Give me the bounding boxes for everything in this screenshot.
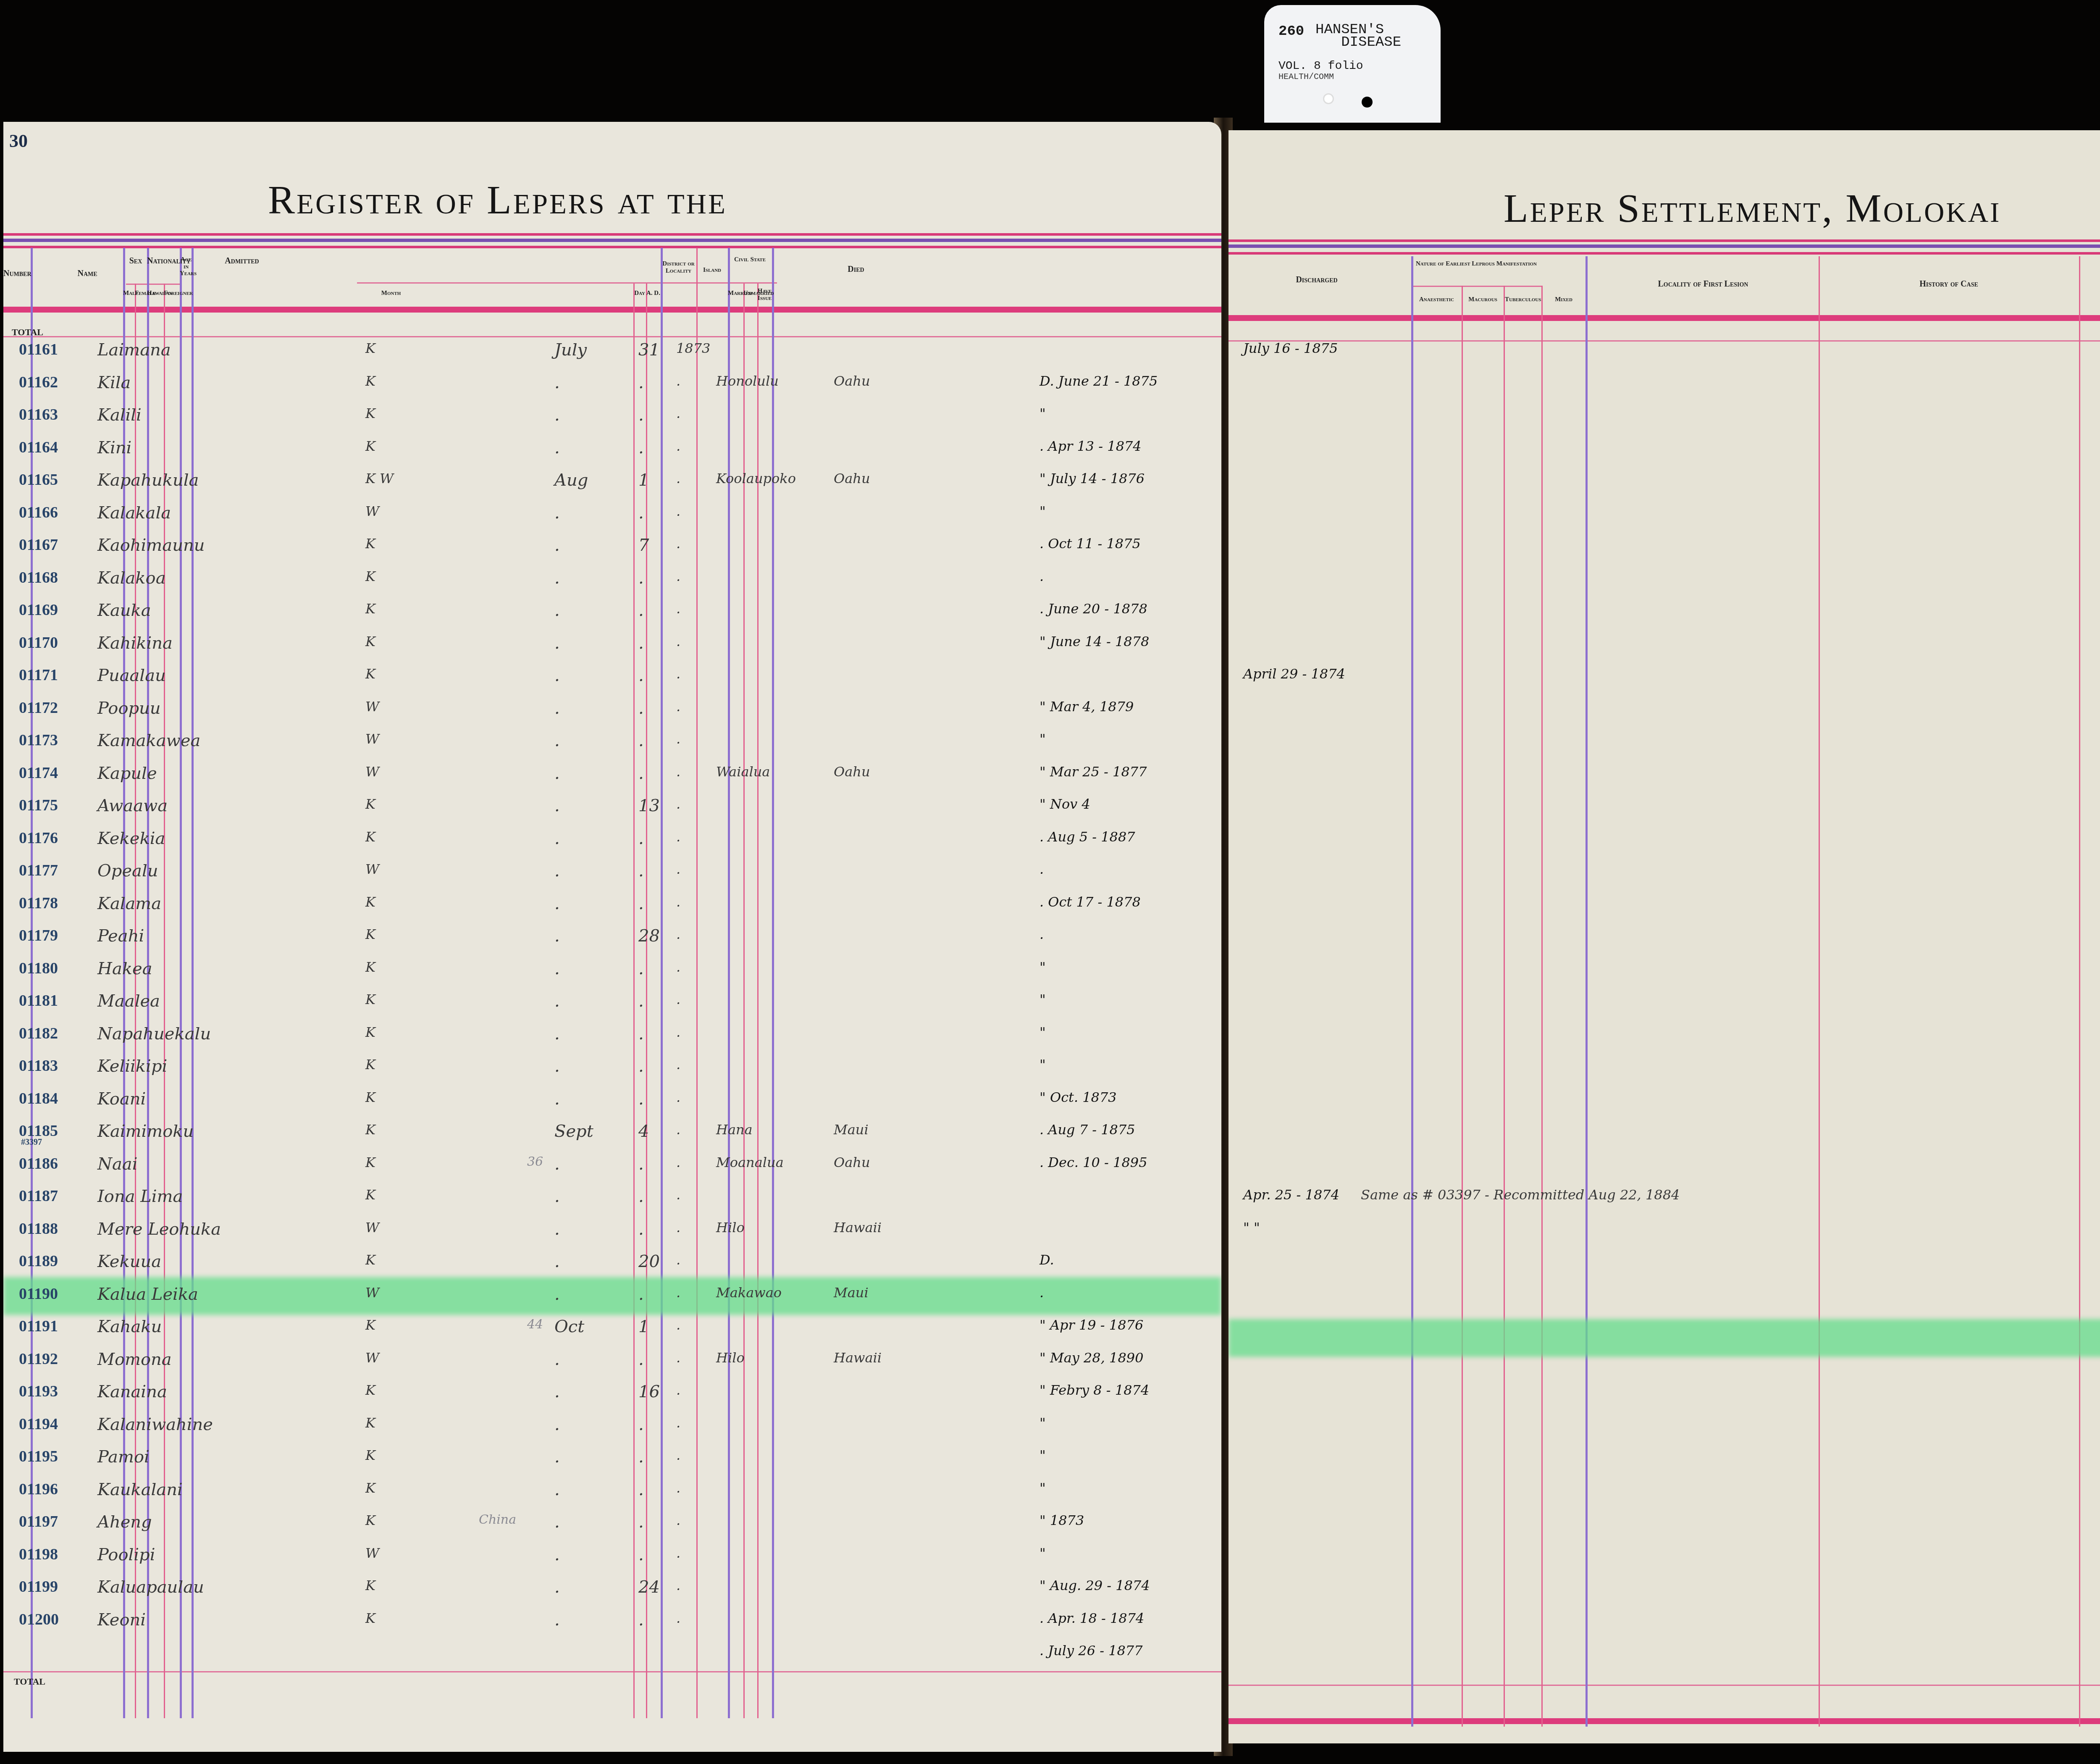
- row-day: 1: [638, 1317, 649, 1336]
- tab-title: HANSEN'S DISEASE: [1315, 24, 1401, 49]
- left-page: 30 Register of Lepers at the Number Name…: [3, 122, 1221, 1752]
- row-year: .: [676, 405, 680, 421]
- row-number: 01164: [19, 438, 58, 457]
- row-name: Koani: [97, 1089, 146, 1109]
- row-month: Aug: [554, 471, 588, 490]
- row-sex: K: [365, 926, 375, 942]
- header-rule: [3, 233, 1221, 236]
- header-unmarried: Unmarried: [743, 290, 757, 297]
- row-number: 01180: [19, 959, 58, 978]
- row-number: 01171: [19, 666, 58, 684]
- row-sex: W: [365, 503, 379, 519]
- row-name: Hakea: [97, 959, 152, 978]
- row-sex: K: [365, 1382, 375, 1398]
- row-day: .: [638, 666, 644, 685]
- row-discharged: Apr. 25 - 1874: [1243, 1187, 1339, 1203]
- row-died: .: [1039, 861, 1044, 877]
- row-year: .: [676, 1545, 680, 1561]
- header-hawaiian: Hawaiian: [147, 290, 164, 297]
- row-month: Sept: [554, 1122, 593, 1141]
- header-ad: A. D.: [646, 290, 661, 297]
- header-discharged: Discharged: [1254, 275, 1380, 284]
- header-locality-first-lesion: Locality of First Lesion: [1590, 279, 1816, 289]
- header-age: Age in Years: [180, 256, 192, 277]
- row-number: 01184: [19, 1089, 58, 1108]
- row-name: Puaalau: [97, 666, 166, 685]
- row-year: .: [676, 764, 680, 780]
- row-day: .: [638, 634, 644, 653]
- row-number: 01163: [19, 405, 58, 424]
- row-number: 01191: [19, 1317, 58, 1335]
- header-male: Male: [123, 290, 136, 297]
- row-year: .: [676, 796, 680, 812]
- row-day: .: [638, 438, 644, 457]
- row-died: . Oct 11 - 1875: [1039, 536, 1141, 552]
- row-sex: K: [365, 1187, 375, 1203]
- row-name: Kini: [97, 438, 131, 457]
- col-line: [772, 248, 774, 1718]
- row-year: .: [676, 536, 680, 552]
- col-line: [743, 284, 745, 1718]
- row-name: Momona: [97, 1350, 172, 1369]
- row-year: .: [676, 634, 680, 649]
- row-month: .: [554, 829, 560, 848]
- bottom-rule: [1228, 1718, 2100, 1724]
- row-month: .: [554, 1089, 560, 1109]
- row-name: Pamoi: [97, 1447, 150, 1467]
- row-day: 16: [638, 1382, 660, 1401]
- row-discharged: July 16 - 1875: [1243, 340, 1338, 356]
- row-year: .: [676, 1057, 680, 1073]
- row-island: Oahu: [834, 1154, 870, 1170]
- row-sex: K: [365, 340, 375, 356]
- row-year: .: [676, 1252, 680, 1268]
- header-number: Number: [3, 269, 31, 278]
- row-sex: K: [365, 1480, 375, 1496]
- header-rule: [1228, 252, 2100, 255]
- header-nature: Nature of Earliest Leprous Manifestation: [1413, 260, 1539, 268]
- row-sex: K: [365, 373, 375, 389]
- header-rule: [3, 246, 1221, 248]
- row-island: Oahu: [834, 764, 870, 780]
- row-day: .: [638, 1024, 644, 1044]
- row-day: .: [638, 1057, 644, 1076]
- row-month: .: [554, 1512, 560, 1532]
- row-number: 01198: [19, 1545, 58, 1564]
- row-day: .: [638, 699, 644, 718]
- row-year: .: [676, 1187, 680, 1203]
- row-died: " Mar 25 - 1877: [1039, 764, 1147, 780]
- row-day: .: [638, 601, 644, 620]
- row-number: 01188: [19, 1220, 58, 1238]
- row-day: .: [638, 1545, 644, 1564]
- row-sex: K: [365, 634, 375, 649]
- row-day: .: [638, 1610, 644, 1630]
- col-line: [1411, 256, 1413, 1727]
- header-bottom-rule: [3, 307, 1221, 313]
- row-day: 28: [638, 926, 660, 946]
- row-year: .: [676, 1610, 680, 1626]
- row-year: .: [676, 666, 680, 682]
- row-name: Kauka: [97, 601, 151, 620]
- header-female: Female: [135, 290, 147, 297]
- row-month: July: [554, 340, 587, 360]
- row-year: .: [676, 1024, 680, 1040]
- row-note: #3397: [21, 1138, 42, 1147]
- row-discharged: April 29 - 1874: [1243, 666, 1345, 682]
- row-number: 01175: [19, 796, 58, 815]
- header-married: Married: [728, 290, 743, 297]
- row-day: .: [638, 829, 644, 848]
- total-label-top: TOTAL: [12, 327, 43, 338]
- row-year: .: [676, 959, 680, 975]
- header-district: District or Locality: [661, 260, 696, 274]
- row-day: 24: [638, 1577, 660, 1597]
- row-name: Kaluapaulau: [97, 1577, 204, 1597]
- row-number: 01186: [19, 1154, 58, 1173]
- row-sex: K: [365, 666, 375, 682]
- row-age: 44: [527, 1317, 543, 1332]
- row-died: . Aug 7 - 1875: [1039, 1122, 1135, 1138]
- header-leprous-relations: Leprous Relations: [2081, 281, 2100, 291]
- row-sex: K: [365, 1024, 375, 1040]
- row-died: ": [1039, 503, 1046, 519]
- row-died: " Nov 4: [1039, 796, 1090, 812]
- row-year: .: [676, 1447, 680, 1463]
- row-year: .: [676, 1154, 680, 1170]
- row-died: . Oct 17 - 1878: [1039, 894, 1141, 910]
- row-number: 01187: [19, 1187, 58, 1205]
- row-name: Kahaku: [97, 1317, 162, 1336]
- row-day: .: [638, 1512, 644, 1532]
- row-name: Kila: [97, 373, 131, 392]
- row-name: Poopuu: [97, 699, 161, 718]
- row-name: Maalea: [97, 991, 160, 1011]
- tab-hole-icon: [1323, 93, 1334, 104]
- row-name: Kapahukula: [97, 471, 199, 490]
- row-number: 01189: [19, 1252, 58, 1270]
- header-macurous: Macurous: [1463, 296, 1503, 303]
- bottom-total-rule: [3, 1671, 1221, 1672]
- row-year: .: [676, 829, 680, 845]
- admitted-subrule: [357, 282, 777, 284]
- row-month: .: [554, 1057, 560, 1076]
- row-year: .: [676, 601, 680, 617]
- row-day: .: [638, 1089, 644, 1109]
- row-sex: W: [365, 1285, 379, 1301]
- row-day: 13: [638, 796, 660, 815]
- row-day: .: [638, 894, 644, 913]
- row-month: .: [554, 764, 560, 783]
- row-year: 1873: [676, 340, 710, 356]
- row-number: 01162: [19, 373, 58, 392]
- row-month: .: [554, 1382, 560, 1401]
- row-month: .: [554, 699, 560, 718]
- row-month: .: [554, 568, 560, 588]
- row-number: 01179: [19, 926, 58, 945]
- row-name: Kalua Leika: [97, 1285, 198, 1304]
- row-sex: K: [365, 1577, 375, 1593]
- header-have-issue: Have Issue: [757, 288, 772, 302]
- row-died: ": [1039, 959, 1046, 975]
- row-month: .: [554, 959, 560, 978]
- row-sex: K: [365, 1122, 375, 1138]
- row-died: " 1873: [1039, 1512, 1084, 1528]
- header-rule: [1228, 244, 2100, 248]
- row-sex: W: [365, 861, 379, 877]
- row-number: 01173: [19, 731, 58, 749]
- row-month: .: [554, 1220, 560, 1239]
- row-number: 01181: [19, 991, 58, 1010]
- bottom-total-rule: [1228, 1685, 2100, 1686]
- tab-punch-icon: [1362, 97, 1373, 108]
- row-district: Hana: [716, 1122, 753, 1138]
- row-year: .: [676, 1089, 680, 1105]
- row-name: Kaohimaunu: [97, 536, 205, 555]
- row-number: 01197: [19, 1512, 58, 1531]
- row-number: 01182: [19, 1024, 58, 1043]
- row-month: .: [554, 1610, 560, 1630]
- row-name: Peahi: [97, 926, 144, 946]
- row-district: Waialua: [716, 764, 770, 780]
- row-district: Honolulu: [716, 373, 779, 389]
- row-died: . Apr 13 - 1874: [1039, 438, 1142, 454]
- col-line: [1504, 286, 1505, 1727]
- row-sex: K: [365, 536, 375, 552]
- row-died: . Apr. 18 - 1874: [1039, 1610, 1144, 1626]
- row-day: .: [638, 959, 644, 978]
- row-island: Hawaii: [834, 1220, 882, 1236]
- row-year: .: [676, 1122, 680, 1138]
- row-day: .: [638, 764, 644, 783]
- row-year: .: [676, 1317, 680, 1333]
- row-day: .: [638, 1187, 644, 1206]
- row-month: .: [554, 894, 560, 913]
- row-died: " July 14 - 1876: [1039, 471, 1144, 486]
- row-year: .: [676, 861, 680, 877]
- header-tuberculous: Tuberculous: [1505, 296, 1541, 303]
- total-rule: [3, 336, 1221, 337]
- row-month: .: [554, 1350, 560, 1369]
- row-number: 01176: [19, 829, 58, 847]
- header-rule: [1228, 239, 2100, 242]
- header-sex: Sex: [123, 256, 148, 266]
- tab-volume: VOL. 8 folio: [1278, 60, 1363, 73]
- row-month: .: [554, 666, 560, 685]
- page-title-left: Register of Lepers at the: [268, 176, 727, 223]
- row-name: Poolipi: [97, 1545, 155, 1564]
- row-name: Naai: [97, 1154, 138, 1174]
- row-died: ": [1039, 991, 1046, 1007]
- row-name: Kamakawea: [97, 731, 200, 750]
- row-died: " Febry 8 - 1874: [1039, 1382, 1149, 1398]
- row-day: .: [638, 373, 644, 392]
- row-month: .: [554, 373, 560, 392]
- row-died: . Dec. 10 - 1895: [1039, 1154, 1147, 1170]
- row-name: Laimana: [97, 340, 171, 360]
- row-sex: W: [365, 764, 379, 780]
- row-island: Oahu: [834, 373, 870, 389]
- header-mixed: Mixed: [1543, 296, 1585, 303]
- row-number: 01178: [19, 894, 58, 912]
- row-year: .: [676, 568, 680, 584]
- row-month: .: [554, 438, 560, 457]
- row-number: 01190: [19, 1285, 58, 1303]
- row-day: .: [638, 1220, 644, 1239]
- row-year: .: [676, 926, 680, 942]
- row-month: .: [554, 536, 560, 555]
- row-day: .: [638, 1480, 644, 1499]
- row-year: .: [676, 1415, 680, 1431]
- col-line: [757, 284, 759, 1718]
- row-sex: K: [365, 991, 375, 1007]
- row-name: Mere Leohuka: [97, 1220, 221, 1239]
- total-label-bottom: TOTAL: [14, 1676, 45, 1687]
- row-number: 01177: [19, 861, 58, 880]
- row-name: Kaukalani: [97, 1480, 183, 1499]
- row-year: .: [676, 471, 680, 486]
- header-anaesthetic: Anaesthetic: [1412, 296, 1461, 303]
- row-month: .: [554, 503, 560, 523]
- row-year: .: [676, 1577, 680, 1593]
- row-name: Kanaina: [97, 1382, 167, 1401]
- row-day: 7: [638, 536, 649, 555]
- row-month: .: [554, 1415, 560, 1434]
- row-month: .: [554, 926, 560, 946]
- row-name: Kalakoa: [97, 568, 166, 588]
- row-day: .: [638, 1415, 644, 1434]
- row-month: .: [554, 1285, 560, 1304]
- archive-label-tab: 260 HANSEN'S DISEASE VOL. 8 folio HEALTH…: [1264, 5, 1441, 123]
- row-sex: K W: [365, 471, 394, 486]
- row-month: .: [554, 1252, 560, 1271]
- row-month: .: [554, 1577, 560, 1597]
- row-month: .: [554, 405, 560, 425]
- row-name: Kekekia: [97, 829, 165, 848]
- row-day: 1: [638, 471, 649, 490]
- row-died: " June 14 - 1878: [1039, 634, 1149, 649]
- row-number: 01196: [19, 1480, 58, 1498]
- row-sex: K: [365, 1317, 375, 1333]
- row-sex: K: [365, 1154, 375, 1170]
- page-title-right: Leper Settlement, Molokai: [1504, 185, 2001, 231]
- row-name: Awaawa: [97, 796, 168, 815]
- row-sex: K: [365, 1512, 375, 1528]
- row-number: 01172: [19, 699, 58, 717]
- row-sex: K: [365, 1252, 375, 1268]
- header-civil-state: Civil State: [728, 256, 772, 263]
- row-day: 4: [638, 1122, 649, 1141]
- row-died: ": [1039, 1024, 1046, 1040]
- row-name: Kalili: [97, 405, 142, 425]
- row-died: . July 26 - 1877: [1039, 1643, 1143, 1659]
- row-died: " Apr 19 - 1876: [1039, 1317, 1143, 1333]
- row-age: 36: [527, 1154, 543, 1169]
- row-day: .: [638, 503, 644, 523]
- row-number: 01199: [19, 1577, 58, 1596]
- row-discharged: " ": [1243, 1220, 1260, 1236]
- row-name: Kaimimoku: [97, 1122, 194, 1141]
- header-island: Island: [696, 267, 728, 274]
- row-year: .: [676, 699, 680, 715]
- row-month: .: [554, 991, 560, 1011]
- row-sex: K: [365, 438, 375, 454]
- right-page: 30 Leper Settlement, Molokai Discharged …: [1228, 130, 2100, 1743]
- row-month: .: [554, 861, 560, 881]
- header-month: Month: [360, 290, 423, 297]
- col-line: [2079, 256, 2080, 1727]
- row-name: Iona Lima: [97, 1187, 183, 1206]
- row-sex: K: [365, 959, 375, 975]
- row-sex: K: [365, 1089, 375, 1105]
- row-died: ": [1039, 1415, 1046, 1431]
- row-died: ": [1039, 1480, 1046, 1496]
- row-died: . Aug 5 - 1887: [1039, 829, 1135, 845]
- row-died: ": [1039, 731, 1046, 747]
- row-died: " Aug. 29 - 1874: [1039, 1577, 1150, 1593]
- row-year: .: [676, 1220, 680, 1236]
- nature-subrule: [1411, 286, 1541, 287]
- row-day: .: [638, 405, 644, 425]
- row-number: 01165: [19, 471, 58, 489]
- row-month: .: [554, 1480, 560, 1499]
- row-died: " Mar 4, 1879: [1039, 699, 1134, 715]
- sex-subrule: [126, 284, 181, 285]
- row-died: " May 28, 1890: [1039, 1350, 1143, 1366]
- page-number-left: 30: [9, 130, 28, 152]
- row-sex: K: [365, 894, 375, 910]
- col-line: [661, 248, 663, 1718]
- col-line: [633, 284, 635, 1718]
- row-day: .: [638, 1350, 644, 1369]
- row-month: .: [554, 1154, 560, 1174]
- row-sex: K: [365, 601, 375, 617]
- row-died: D. June 21 - 1875: [1039, 373, 1158, 389]
- row-year: .: [676, 731, 680, 747]
- col-line: [728, 248, 730, 1718]
- row-day: .: [638, 1447, 644, 1467]
- row-day: .: [638, 1285, 644, 1304]
- row-day: .: [638, 568, 644, 588]
- header-nationality: Nationality: [147, 256, 181, 266]
- row-year: .: [676, 1512, 680, 1528]
- row-number: 01168: [19, 568, 58, 587]
- row-name: Kalakala: [97, 503, 171, 523]
- row-island: Oahu: [834, 471, 870, 486]
- row-number: 01169: [19, 601, 58, 619]
- row-day: .: [638, 1154, 644, 1174]
- row-month: .: [554, 601, 560, 620]
- row-district: Moanalua: [716, 1154, 784, 1170]
- row-month: .: [554, 731, 560, 750]
- row-year: .: [676, 1480, 680, 1496]
- row-name: Kekuua: [97, 1252, 161, 1271]
- row-number: 01195: [19, 1447, 58, 1466]
- row-name: Kalaniwahine: [97, 1415, 213, 1434]
- row-year: .: [676, 1382, 680, 1398]
- row-name: Keliikipi: [97, 1057, 167, 1076]
- row-died: D.: [1039, 1252, 1054, 1268]
- tab-number: 260: [1278, 24, 1304, 39]
- row-day: .: [638, 731, 644, 750]
- row-sex: W: [365, 1545, 379, 1561]
- row-sex: K: [365, 405, 375, 421]
- row-died: ": [1039, 1447, 1046, 1463]
- row-name: Kalama: [97, 894, 161, 913]
- header-died: Died: [772, 265, 940, 274]
- col-line: [1541, 286, 1543, 1727]
- col-line: [646, 284, 647, 1718]
